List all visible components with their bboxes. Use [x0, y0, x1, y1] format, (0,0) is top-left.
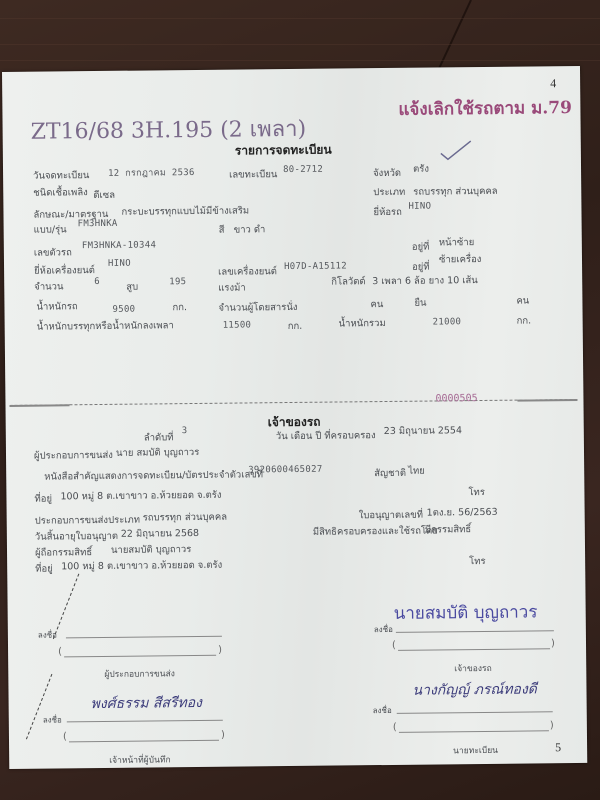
owner-signature: นายสมบัติ บุญถาวร [394, 598, 538, 627]
order-value: 3 [182, 426, 188, 436]
cyl-label: สูบ [126, 280, 138, 295]
reg-date-value: 12 กรกฎาคม 2536 [108, 165, 195, 180]
registrar-sign-label: ลงชื่อ [373, 704, 392, 717]
owner-role: เจ้าของรถ [454, 661, 492, 675]
paren-close: ) [218, 645, 222, 656]
owner-address-label: ที่อยู่ [35, 561, 53, 576]
chassis-label: เลขตัวรถ [34, 245, 72, 260]
province-value: ตรัง [413, 162, 429, 177]
possess-right-label: มีสิทธิครอบครองและใช้รถโดย [313, 523, 438, 539]
model-value: FM3HNKA [78, 219, 118, 229]
operator-value: นาย สมบัติ บุญถาวร [116, 445, 199, 461]
load-value: 11500 [223, 320, 252, 330]
paren-open: ( [393, 722, 397, 733]
perforation-line [9, 399, 577, 412]
officer-signature: พงศ์ธรรม สีสรีทอง [91, 692, 203, 715]
registrar-name-line [399, 730, 549, 733]
possess-right-value: มีกรรมสิทธิ์ [425, 522, 471, 537]
model-label: แบบ/รุ่น [34, 222, 67, 237]
paren-open: ( [58, 646, 62, 657]
body-value: กระบะบรรทุกแบบไม้มีข้างเสริม [121, 203, 249, 219]
order-label: ลำดับที่ [144, 430, 174, 445]
transport-type-value: รถบรรทุก ส่วนบุคคล [143, 510, 227, 526]
wood-grain [0, 60, 600, 61]
fuel-value: ดีเซล [93, 188, 115, 203]
checkmark-icon [439, 139, 473, 161]
standing-label: ยืน [414, 296, 426, 311]
registrar-sign-line [397, 711, 553, 714]
officer-role: เจ้าหน้าที่ผู้บันทึก [109, 752, 171, 767]
type-value: รถบรรทุก ส่วนบุคคล [413, 184, 497, 200]
registrar-role: นายทะเบียน [453, 743, 498, 757]
paren-close: ) [551, 638, 555, 649]
engine-brand-value: HINO [108, 259, 131, 269]
operator-sign-line [66, 636, 222, 639]
brand-value: HINO [408, 202, 431, 212]
reg-date-label: วันจดทะเบียน [33, 168, 89, 184]
fuel-label: ชนิดเชื้อเพลิง [33, 185, 88, 201]
axles-label: กิโลวัตต์ [331, 274, 366, 289]
owner-phone-label: โทร [469, 554, 486, 569]
load-label: น้ำหนักบรรทุกหรือน้ำหนักลงเพลา [37, 318, 174, 334]
province-label: จังหวัด [373, 166, 401, 181]
chassis-loc-label: อยู่ที่ [412, 240, 430, 255]
page-number-bottom: 5 [555, 740, 561, 755]
wood-grain [0, 44, 600, 45]
operator-role: ผู้ประกอบการขนส่ง [104, 666, 175, 681]
license-exp-label: วันสิ้นอายุใบอนุญาต [35, 529, 118, 545]
registrar-signature: นางกัญญ์ ภรณ์ทองดี [412, 678, 537, 701]
engine-loc-value: ซ้ายเครื่อง [439, 252, 482, 267]
operator-name-line [64, 655, 216, 658]
license-exp-value: 22 มิถุนายน 2568 [121, 526, 199, 542]
address-value: 100 หมู่ 8 ต.เขาขาว อ.ห้วยยอด จ.ตรัง [60, 488, 221, 505]
weight-label: น้ำหนักรถ [36, 299, 77, 314]
count-value: 6 [94, 277, 100, 287]
id-doc-label: หนังสือสำคัญแสดงการจดทะเบียน/บัตรประจำตั… [44, 467, 263, 484]
officer-name-line [69, 740, 219, 743]
engine-no-value: H07D-A15112 [284, 261, 347, 272]
seats-label: จำนวนผู้โดยสารนั่ง [218, 300, 297, 316]
count-label: จำนวน [34, 279, 63, 294]
operator-sign-label: ลงชื่อ [38, 628, 57, 641]
paren-close: ) [550, 720, 554, 731]
address-label: ที่อยู่ [34, 492, 52, 507]
type-label: ประเภท [373, 185, 405, 200]
paren-open: ( [63, 731, 67, 742]
possession-date-value: 23 มิถุนายน 2554 [384, 423, 462, 439]
owner-sign-label: ลงชื่อ [374, 623, 393, 636]
officer-sign-label: ลงชื่อ [43, 713, 62, 726]
license-no-label: ใบอนุญาตเลขที่ [359, 508, 423, 524]
brand-label: ยี่ห้อรถ [373, 205, 402, 220]
weight-value: 9500 [112, 305, 135, 315]
color-value: ขาว ดำ [234, 222, 266, 237]
wood-crack [438, 0, 472, 68]
hp-label: แรงม้า [218, 280, 246, 295]
id-doc-value: 3920600465027 [248, 465, 322, 476]
registration-document: 4 ZT16/68 3H.195 (2 เพลา) แจ้งเลิกใช้รถต… [2, 66, 587, 769]
weight-unit: กก. [172, 300, 187, 315]
engine-no-label: เลขเครื่องยนต์ [218, 264, 277, 280]
standing-unit: คน [516, 293, 529, 308]
engine-brand-label: ยี่ห้อเครื่องยนต์ [34, 263, 95, 279]
possession-date-label: วัน เดือน ปี ที่ครอบครอง [276, 428, 376, 444]
license-no-value: 1ตง.ย. 56/2563 [427, 505, 498, 521]
nationality-value: ไทย [408, 464, 425, 479]
owner-name-line [398, 648, 550, 651]
page-number-top: 4 [550, 76, 556, 91]
owner-name-value: นายสมบัติ บุญถาวร [111, 542, 191, 558]
chassis-loc-value: หน้าซ้าย [439, 235, 475, 250]
officer-sign-line [67, 720, 223, 723]
serial-stamp: 0000505 [435, 393, 477, 404]
phone-label: โทร [468, 485, 485, 500]
chassis-value: FM3HNKA-10344 [82, 240, 156, 251]
total-value: 21000 [433, 317, 462, 327]
plate-label: เลขทะเบียน [229, 167, 277, 183]
registration-title: รายการจดทะเบียน [235, 141, 332, 161]
total-label: น้ำหนักรวม [339, 316, 386, 331]
pen-stroke [26, 674, 52, 740]
nationality-label: สัญชาติ [374, 466, 406, 481]
plate-value: 80-2712 [283, 165, 323, 175]
paren-open: ( [392, 640, 396, 651]
operator-label: ผู้ประกอบการขนส่ง [34, 448, 113, 464]
axles-value: 3 เพลา 6 ล้อ ยาง 10 เส้น [372, 273, 478, 289]
color-label: สี [219, 223, 225, 238]
owner-address-value: 100 หมู่ 8 ต.เขาขาว อ.ห้วยยอด จ.ตรัง [61, 558, 222, 575]
paren-close: ) [221, 730, 225, 741]
total-unit: กก. [517, 313, 532, 328]
load-unit: กก. [288, 319, 303, 334]
cancellation-stamp: แจ้งเลิกใช้รถตาม ม.79 [398, 94, 572, 123]
wood-grain [0, 18, 600, 19]
engine-loc-label: อยู่ที่ [412, 260, 430, 275]
owner-sign-line [396, 630, 554, 633]
seats-unit: คน [370, 297, 383, 312]
cyl-value: 195 [169, 277, 186, 287]
